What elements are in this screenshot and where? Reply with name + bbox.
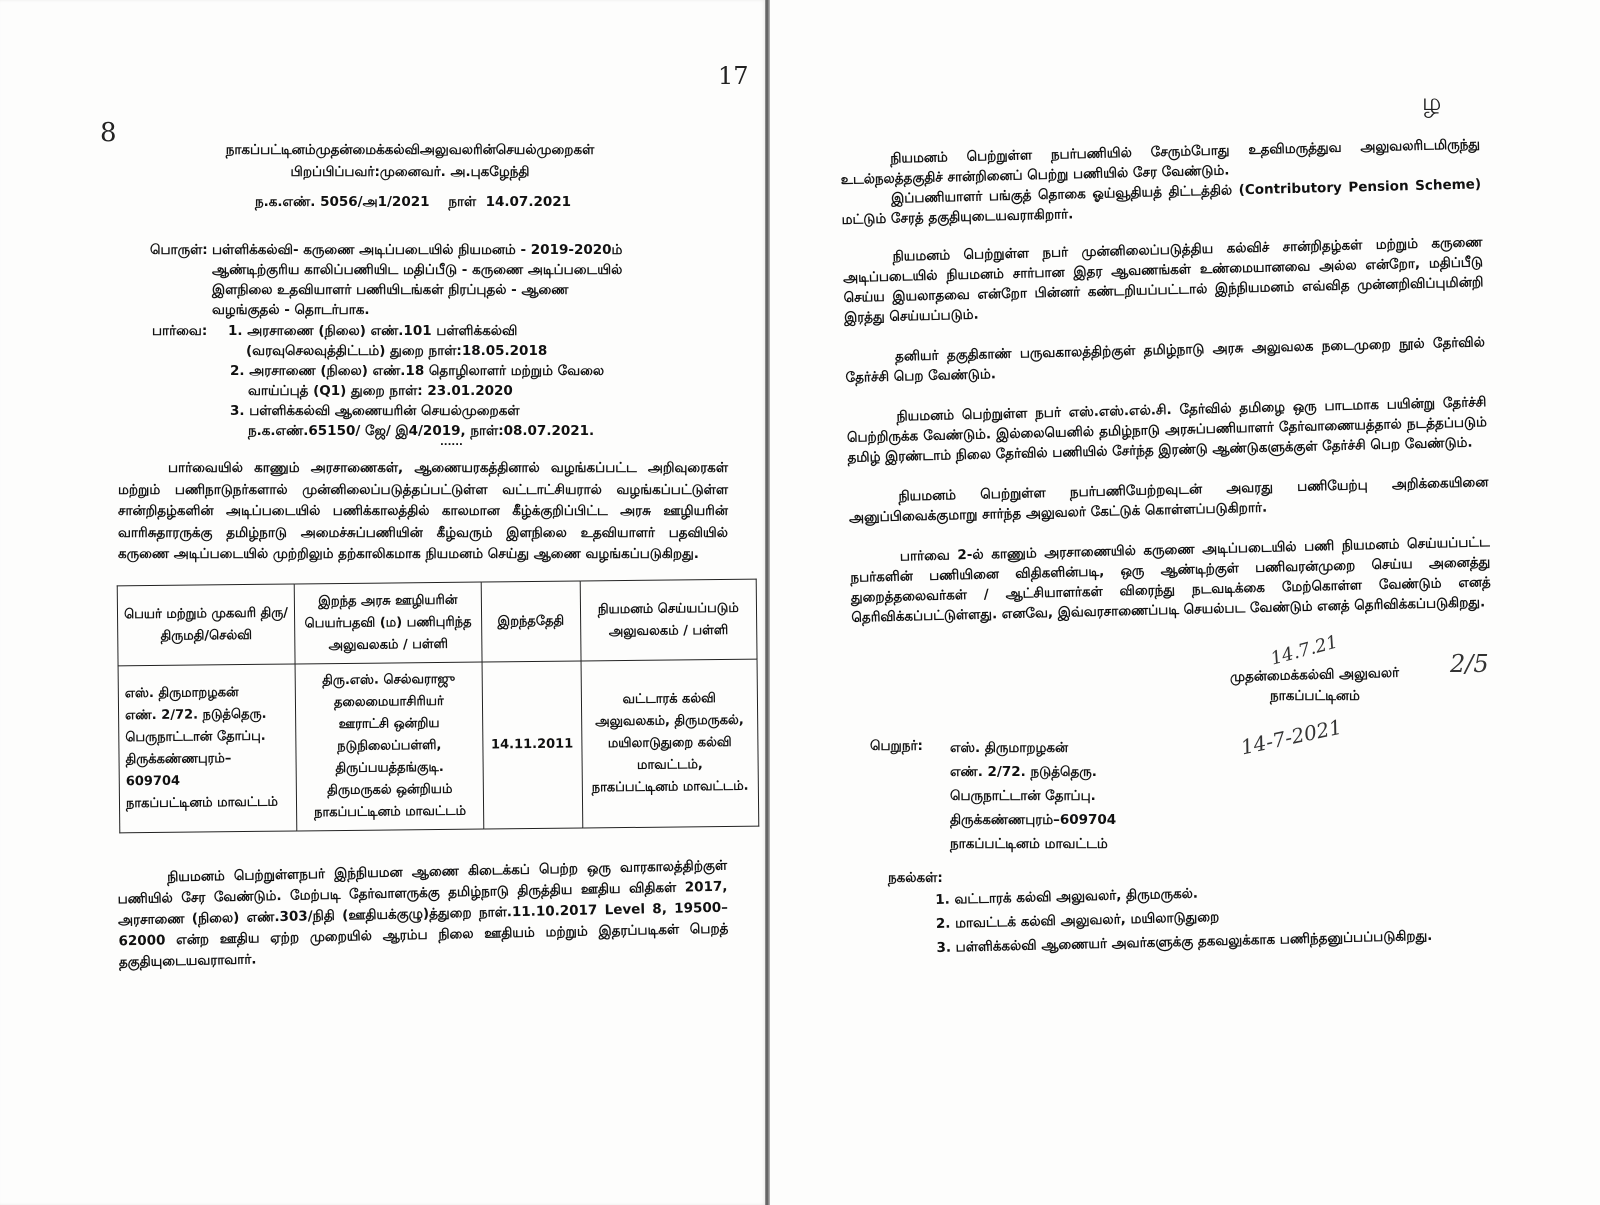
- right-body: நியமனம் பெற்றுள்ள நபர்பணியில் சேரும்போது…: [840, 134, 1491, 627]
- separator: ......: [440, 433, 463, 453]
- references-list: 1. அரசாணை (நிலை) எண்.101 பள்ளிக்கல்வி (வ…: [228, 321, 602, 441]
- appointment-table: பெயர் மற்றும் முகவரி திரு/திருமதி/செல்வி…: [117, 579, 760, 834]
- signatory-designation: முதன்மைக்கல்வி அலுவலர்: [1230, 663, 1400, 687]
- reference-number: ந.க.எண். 5056/அ1/2021 நாள் 14.07.2021: [255, 192, 571, 212]
- subject-line: வழங்குதல் - தொடர்பாக.: [212, 300, 622, 320]
- date-label: நாள்: [448, 194, 476, 210]
- paragraph-certificates: நியமனம் பெற்றுள்ள நபர் முன்னிலைப்படுத்தி…: [842, 232, 1484, 328]
- corner-mark: 8: [100, 118, 117, 148]
- left-page: 17 8 நாகப்பட்டினம்முதன்மைக்கல்விஅலுவலரின…: [0, 0, 766, 1205]
- header-line1: நாகப்பட்டினம்முதன்மைக்கல்விஅலுவலரின்செயல…: [150, 140, 670, 160]
- cell-date-of-death: 14.11.2011: [482, 661, 582, 829]
- paragraph-joining-report: நியமனம் பெற்றுள்ள நபர்பணியேற்றவுடன் அவரத…: [848, 472, 1489, 528]
- subject-line: இளநிலை உதவியாளர் பணியிடங்கள் நிரப்புதல் …: [212, 280, 622, 300]
- right-page: ழ நியமனம் பெற்றுள்ள நபர்பணியில் சேரும்போ…: [770, 0, 1600, 1205]
- cell-appointment-office: வட்டாரக் கல்வி அலுவலகம், திருமருகல், மயி…: [581, 659, 759, 828]
- cell-deceased-employee: திரு.எஸ். செல்வராஜு தலைமையாசிரியர் ஊராட்…: [295, 662, 484, 831]
- page-fraction: 2/5: [1450, 650, 1489, 678]
- table-row: எஸ். திருமாறழகன் எண். 2/72. நடுத்தெரு. ப…: [118, 659, 759, 833]
- subject-line: ஆண்டிற்குரிய காலிப்பணியிட மதிப்பீடு - கர…: [212, 260, 622, 280]
- body-paragraph: பார்வையில் காணும் அரசாணைகள், ஆணையரகத்தின…: [118, 458, 728, 566]
- paragraph-tamil: நியமனம் பெற்றுள்ள நபர் எஸ்.எஸ்.எல்.சி. த…: [846, 392, 1487, 468]
- reference-item-cont: (வரவுசெலவுத்திட்டம்) துறை நாள்:18.05.201…: [246, 341, 620, 361]
- table-header: பெயர் மற்றும் முகவரி திரு/திருமதி/செல்வி: [117, 584, 295, 666]
- subject-block: பள்ளிக்கல்வி- கருணை அடிப்படையில் நியமனம்…: [212, 240, 622, 320]
- reference-item: 3. பள்ளிக்கல்வி ஆணையரின் செயல்முறைகள்: [230, 401, 604, 421]
- copies-label: நகல்கள்:: [888, 868, 943, 888]
- recipient-label: பெறுநர்:: [870, 736, 923, 756]
- closing-paragraph: நியமனம் பெற்றுள்ளநபர் இந்நியமன ஆணை கிடைக…: [117, 856, 729, 974]
- recipient-address: எஸ். திருமாறழகன் எண். 2/72. நடுத்தெரு. ப…: [950, 736, 1116, 856]
- date-value: 14.07.2021: [486, 194, 571, 210]
- copies-list: 1. வட்டாரக் கல்வி அலுவலர், திருமருகல். 2…: [935, 876, 1433, 960]
- reference-item-cont: ந.க.எண்.65150/ ஜே/ இ4/2019, நாள்:08.07.2…: [248, 421, 622, 441]
- table-header: இறந்த அரசு ஊழியரின் பெயர்பதவி (ம) பணிபுர…: [294, 582, 482, 664]
- reference-item: 1. அரசாணை (நிலை) எண்.101 பள்ளிக்கல்வி: [228, 321, 602, 341]
- ref-no: ந.க.எண். 5056/அ1/2021: [255, 194, 430, 210]
- table-header: நியமனம் செய்யப்படும் அலுவலகம் / பள்ளி: [580, 579, 757, 661]
- subject-label: பொருள்:: [150, 240, 208, 260]
- reference-label: பார்வை:: [152, 321, 207, 341]
- table-header: இறந்ததேதி: [481, 581, 581, 662]
- paragraph-regularisation: பார்வை 2-ல் காணும் அரசாணையில் கருணை அடிப…: [850, 532, 1492, 628]
- header-line2: பிறப்பிப்பவர்:முனைவர். அ.புகழேந்தி: [150, 162, 670, 182]
- corner-mark: ழ: [1422, 88, 1441, 119]
- page-number-mark: 17: [718, 62, 749, 90]
- subject-line: பள்ளிக்கல்வி- கருணை அடிப்படையில் நியமனம்…: [212, 240, 622, 260]
- signatory-place: நாகப்பட்டினம்: [1270, 686, 1360, 706]
- cell-name-address: எஸ். திருமாறழகன் எண். 2/72. நடுத்தெரு. ப…: [118, 664, 297, 833]
- initial-date: 14-7-2021: [1239, 715, 1344, 760]
- reference-item-cont: வாய்ப்புத் (Q1) துறை நாள்: 23.01.2020: [248, 381, 622, 401]
- paragraph-manual-exam: தனியர் தகுதிகாண் பருவகாலத்திற்குள் தமிழ்…: [845, 332, 1486, 388]
- reference-item: 2. அரசாணை (நிலை) எண்.18 தொழிலாளர் மற்றும…: [230, 361, 604, 381]
